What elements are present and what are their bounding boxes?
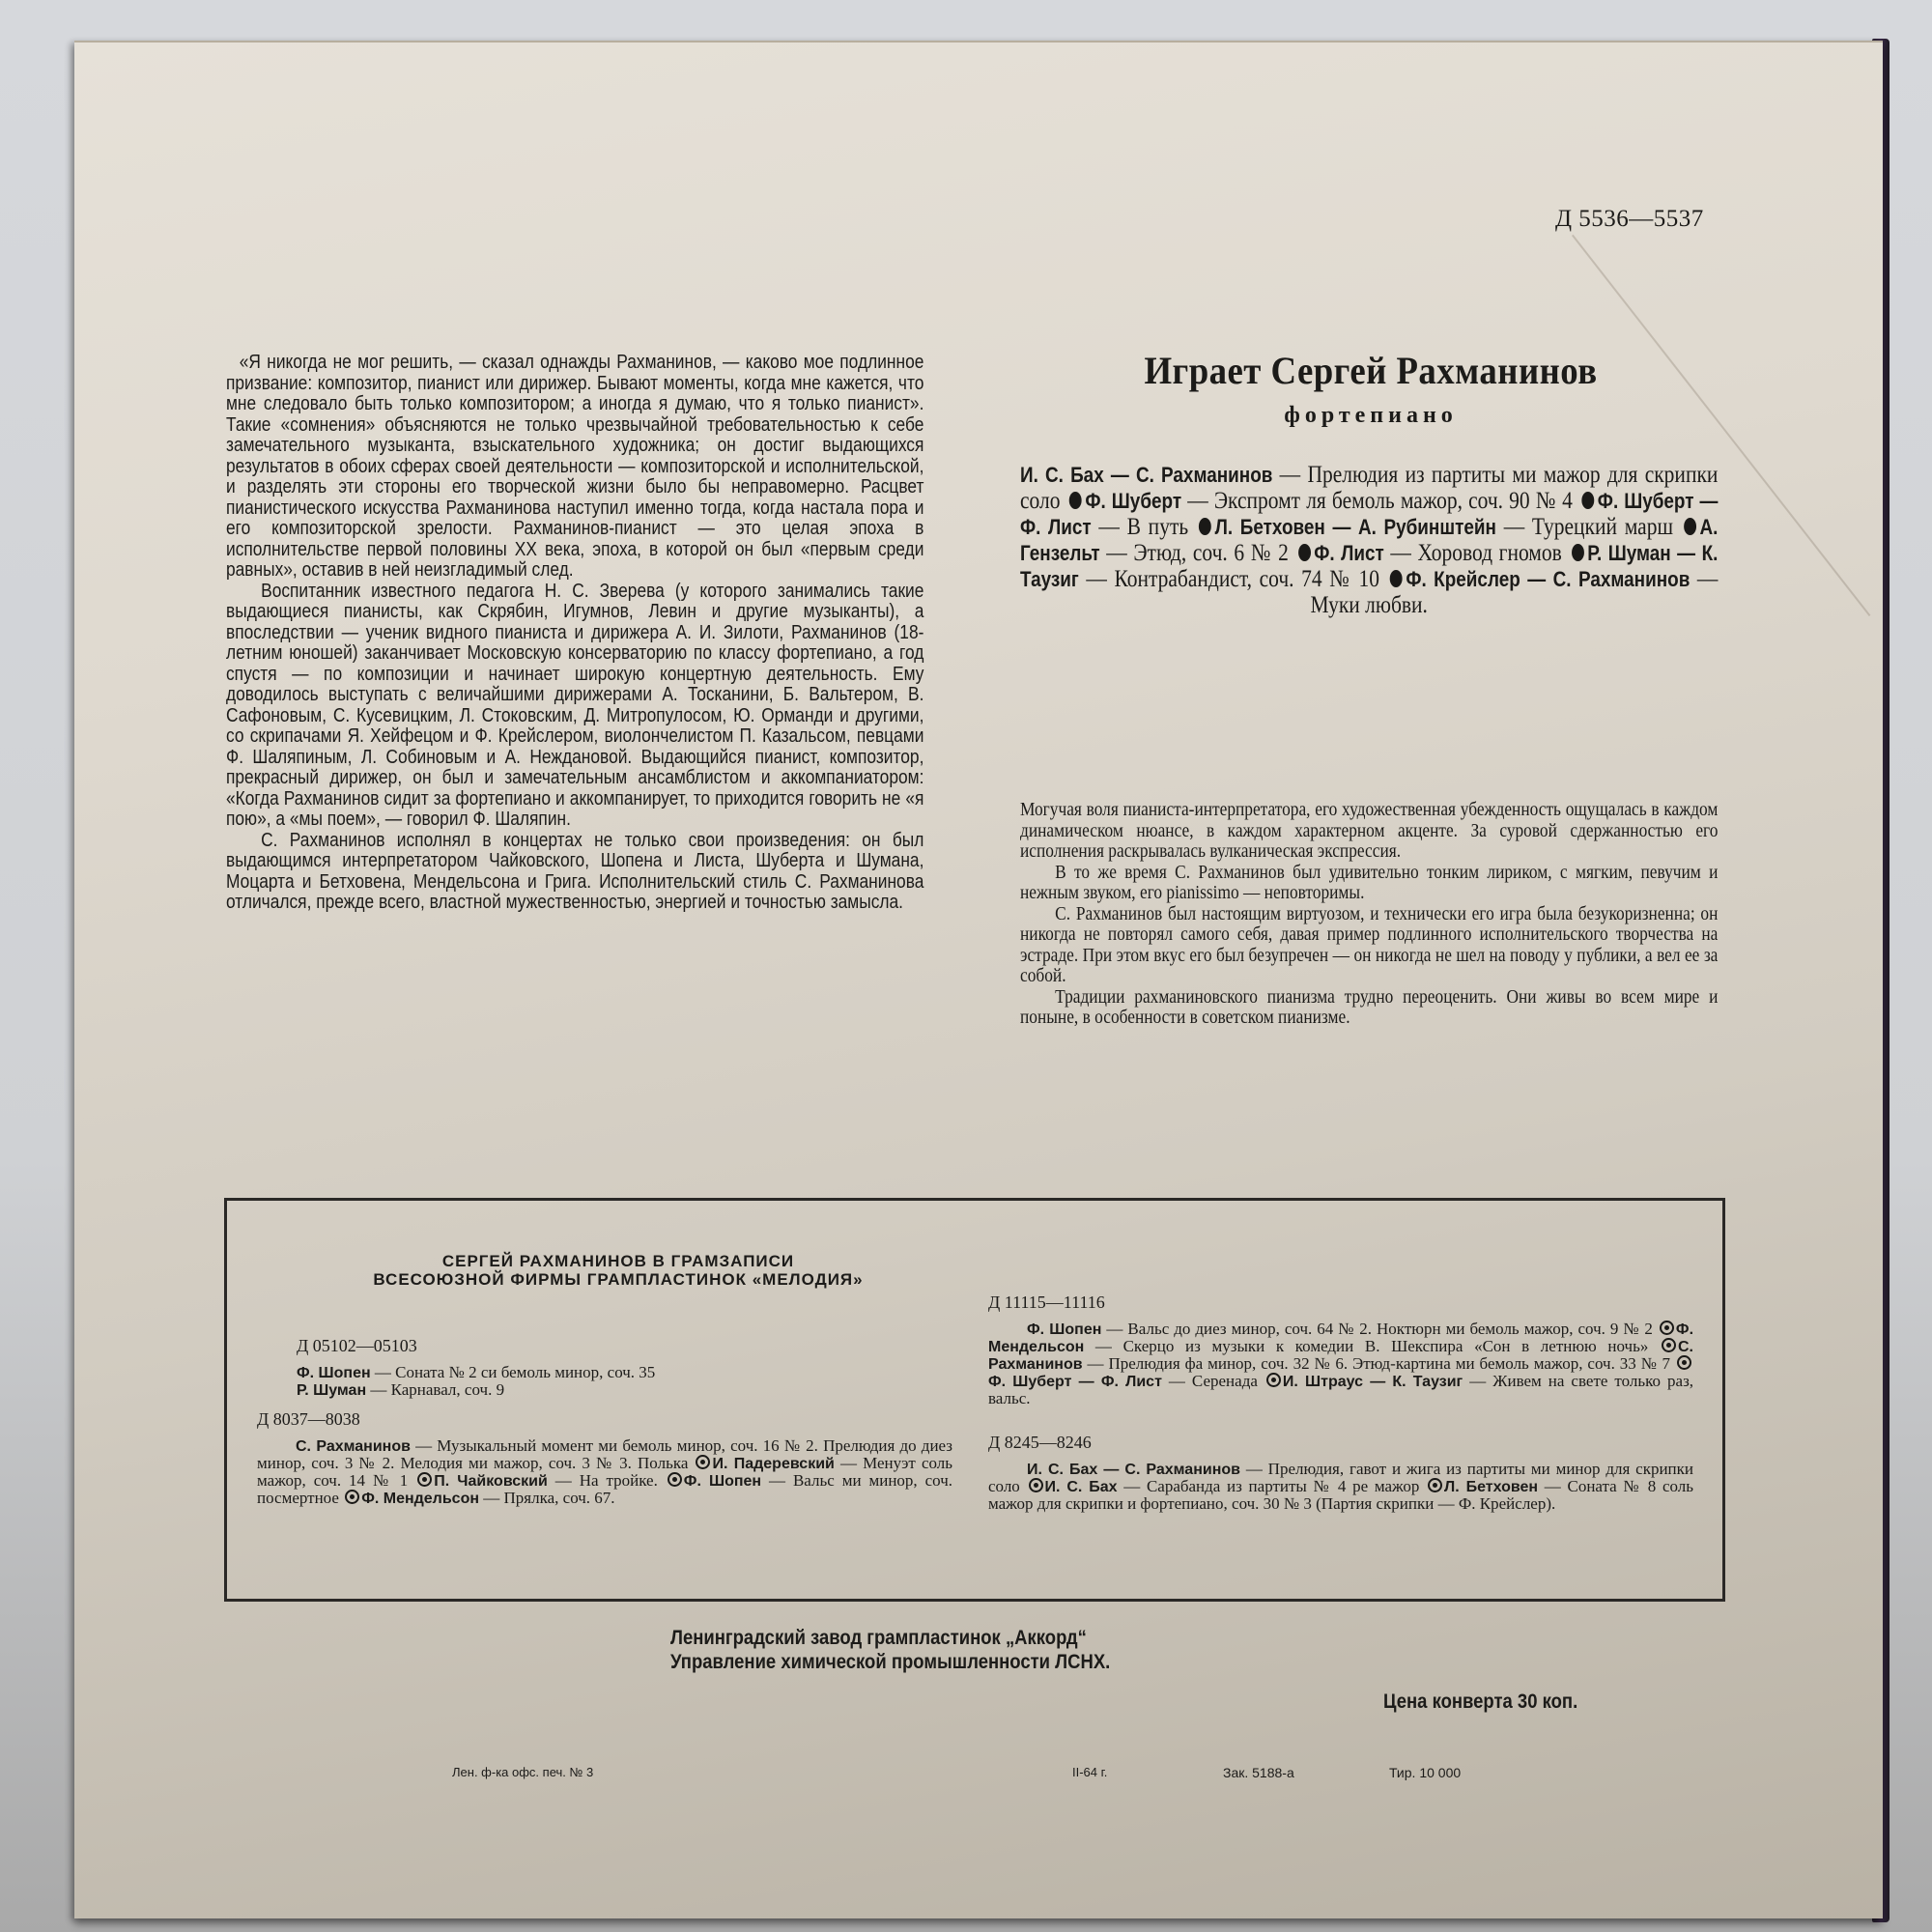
record-composer: И. С. Бах (1045, 1479, 1118, 1495)
record-work: Вальс до диез минор, соч. 64 № 2. Ноктюр… (1127, 1320, 1652, 1338)
record-work: Серенада (1192, 1372, 1258, 1390)
bullet-icon (1069, 492, 1082, 509)
tracklist: И. С. Бах — С. Рахманинов — Прелюдия из … (1020, 462, 1718, 618)
sleeve-price: Цена конверта 30 коп. (1383, 1690, 1577, 1714)
track-composer: Л. Бетховен — А. Рубинштейн (1215, 515, 1496, 539)
discography-title: СЕРГЕЙ РАХМАНИНОВ В ГРАМЗАПИСИ ВСЕСОЮЗНО… (328, 1252, 908, 1289)
record-composer: Ф. Шопен (684, 1473, 761, 1490)
record-number: Д 8245—8246 (988, 1435, 1693, 1451)
record-contents: И. С. Бах — С. Рахманинов — Прелюдия, га… (988, 1461, 1693, 1512)
ring-bullet-icon (668, 1472, 682, 1487)
printer-imprint: Лен. ф-ка офс. печ. № 3 (452, 1765, 593, 1779)
record-composer: Ф. Шуберт — Ф. Лист (988, 1374, 1162, 1390)
album-title-block: Играет Сергей Рахманинов фортепиано (1022, 348, 1719, 429)
record-number: Д 8037—8038 (257, 1411, 952, 1428)
record-work: Карнавал, соч. 9 (391, 1380, 504, 1399)
album-instrument: фортепиано (1022, 403, 1719, 429)
discography-title-line: СЕРГЕЙ РАХМАНИНОВ В ГРАМЗАПИСИ (328, 1252, 908, 1270)
bullet-icon (1581, 492, 1594, 509)
record-contents: Ф. Шопен — Вальс до диез минор, соч. 64 … (988, 1321, 1693, 1406)
record-composer: Ф. Мендельсон (361, 1491, 479, 1507)
liner-paragraph: Воспитанник известного педагога Н. С. Зв… (226, 582, 923, 831)
record-composer: И. Падеревский (712, 1456, 834, 1472)
manufacturer: Ленинградский завод грампластинок „Аккор… (670, 1626, 1110, 1674)
track-composer: И. С. Бах — С. Рахманинов (1020, 463, 1272, 487)
liner-paragraph: В то же время С. Рахманинов был удивител… (1020, 863, 1718, 904)
track-work: В путь (1127, 514, 1189, 540)
print-run: Тир. 10 000 (1389, 1765, 1461, 1780)
bullet-icon (1684, 518, 1696, 535)
ring-bullet-icon (696, 1455, 710, 1469)
order-number: Зак. 5188-а (1223, 1765, 1294, 1780)
record-composer: И. Штраус — К. Таузиг (1283, 1374, 1463, 1390)
record-contents: С. Рахманинов — Музыкальный момент ми бе… (257, 1437, 952, 1507)
ring-bullet-icon (345, 1490, 359, 1504)
bullet-icon (1199, 518, 1211, 535)
discography-record: Д 11115—11116Ф. Шопен — Вальс до диез ми… (988, 1294, 1693, 1406)
ring-bullet-icon (1266, 1373, 1281, 1387)
record-work: Прелюдия фа минор, соч. 32 № 6. Этюд-кар… (1108, 1354, 1670, 1373)
manufacturer-line: Управление химической промышленности ЛСН… (670, 1650, 1110, 1674)
track-work: Турецкий марш (1532, 514, 1673, 540)
ring-bullet-icon (1662, 1338, 1676, 1352)
bullet-icon (1298, 544, 1311, 561)
track-work: Хоровод гномов (1418, 540, 1562, 566)
record-work: Прялка, соч. 67. (504, 1489, 615, 1507)
manufacturer-line: Ленинградский завод грампластинок „Аккор… (670, 1626, 1110, 1650)
record-composer: И. С. Бах — С. Рахманинов (1027, 1462, 1240, 1478)
record-work: Соната № 2 си бемоль минор, соч. 35 (395, 1363, 655, 1381)
record-composer: С. Рахманинов (296, 1438, 411, 1455)
track-work: Экспромт ля бемоль мажор, соч. 90 № 4 (1214, 488, 1573, 514)
track-work: Этюд, соч. 6 № 2 (1133, 540, 1288, 566)
ring-bullet-icon (1029, 1478, 1043, 1492)
record-number: Д 11115—11116 (988, 1294, 1693, 1311)
ring-bullet-icon (1677, 1355, 1691, 1370)
discography-record: Д 05102—05103Ф. Шопен — Соната № 2 си бе… (297, 1338, 818, 1399)
record-number: Д 05102—05103 (297, 1338, 818, 1354)
liner-paragraph: Традиции рахманиновского пианизма трудно… (1020, 987, 1718, 1029)
ring-bullet-icon (417, 1472, 432, 1487)
track-composer: Ф. Крейслер — С. Рахманинов (1406, 567, 1690, 591)
liner-notes-right: Могучая воля пианиста-интерпретатора, ег… (1020, 800, 1718, 1029)
bullet-icon (1390, 570, 1403, 587)
discography-record: Д 8245—8246И. С. Бах — С. Рахманинов — П… (988, 1435, 1693, 1512)
liner-paragraph: «Я никогда не мог решить, — сказал однаж… (226, 353, 923, 582)
album-title: Играет Сергей Рахманинов (1050, 348, 1691, 393)
liner-paragraph: С. Рахманинов исполнял в концертах не то… (226, 831, 923, 914)
liner-paragraph: С. Рахманинов был настоящим виртуозом, и… (1020, 904, 1718, 987)
ring-bullet-icon (1428, 1478, 1442, 1492)
record-work: Сарабанда из партиты № 4 ре мажор (1147, 1477, 1419, 1495)
discography-record: Д 8037—8038С. Рахманинов — Музыкальный м… (257, 1411, 952, 1507)
track-work: Муки любви. (1310, 592, 1427, 618)
bullet-icon (1572, 544, 1584, 561)
track-work: Контрабандист, соч. 74 № 10 (1114, 566, 1379, 592)
ring-bullet-icon (1660, 1321, 1674, 1335)
record-composer: Л. Бетховен (1444, 1479, 1538, 1495)
record-composer: Р. Шуман (297, 1382, 366, 1399)
liner-notes-left: «Я никогда не мог решить, — сказал однаж… (226, 353, 923, 914)
liner-paragraph: Могучая воля пианиста-интерпретатора, ег… (1020, 800, 1718, 863)
record-composer: Ф. Шопен (297, 1365, 371, 1381)
track-composer: Ф. Шуберт (1085, 489, 1181, 513)
print-date: II-64 г. (1072, 1765, 1107, 1779)
record-work: На тройке. (580, 1471, 658, 1490)
record-contents: Ф. Шопен — Соната № 2 си бемоль минор, с… (297, 1364, 818, 1399)
catalog-number: Д 5536—5537 (1555, 206, 1704, 233)
record-composer: П. Чайковский (434, 1473, 548, 1490)
track-composer: Ф. Лист (1314, 541, 1384, 565)
record-composer: Ф. Шопен (1027, 1321, 1101, 1338)
discography-title-line: ВСЕСОЮЗНОЙ ФИРМЫ ГРАМПЛАСТИНОК «МЕЛОДИЯ» (328, 1270, 908, 1289)
record-work: Скерцо из музыки к комедии В. Шекспира «… (1123, 1337, 1649, 1355)
